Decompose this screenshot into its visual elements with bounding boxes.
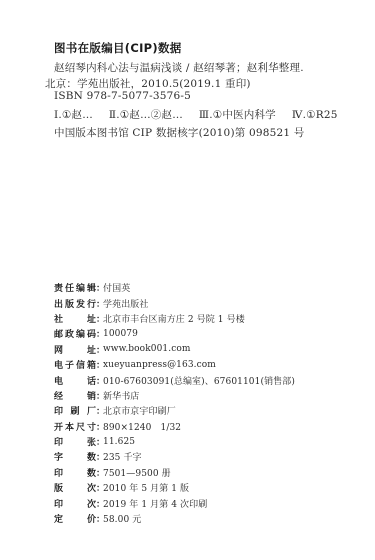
info-value: 北京市丰台区南方庄 2 号院 1 号楼 (103, 312, 245, 325)
info-value: 58.00 元 (103, 512, 141, 525)
info-row-distributor: 经销 ： 新华书店 (54, 388, 295, 403)
info-value: 235 千字 (103, 450, 142, 463)
info-row-postcode: 邮政编码 ： 100079 (54, 326, 295, 341)
info-row-phone: 电话 ： 010-67603091(总编室)、67601101(销售部) (54, 372, 295, 387)
classification-item: Ⅲ.①中医内科学 (199, 107, 276, 122)
info-row-print-run: 印数 ： 7501—9500 册 (54, 465, 295, 480)
info-row-format: 开本尺寸 ： 890×1240 1/32 (54, 419, 295, 434)
info-value: 100079 (103, 329, 138, 339)
info-value: 11.625 (103, 437, 135, 447)
info-row-address: 社址 ： 北京市丰台区南方庄 2 号院 1 号楼 (54, 311, 295, 326)
info-label: 出版发行 (54, 297, 96, 310)
info-value: 2010 年 5 月第 1 版 (103, 481, 189, 494)
publication-info: 责任编辑 ： 付国英 出版发行 ： 学苑出版社 社址 ： 北京市丰台区南方庄 2… (54, 280, 295, 526)
info-row-printing: 印次 ： 2019 年 1 月第 4 次印刷 (54, 495, 295, 510)
info-value: 7501—9500 册 (103, 466, 171, 479)
info-value: 付国英 (103, 281, 130, 294)
info-value: 学苑出版社 (103, 297, 149, 310)
info-label: 印刷厂 (54, 404, 96, 417)
copyright-page: 图书在版编目(CIP)数据 赵绍琴内科心法与温病浅谈 / 赵绍琴著；赵利华整理.… (0, 0, 375, 560)
info-value: 890×1240 1/32 (103, 420, 181, 433)
info-label: 开本尺寸 (54, 420, 96, 433)
cip-book-title-line: 赵绍琴内科心法与温病浅谈 / 赵绍琴著；赵利华整理. (54, 60, 304, 75)
cip-verification-number: 中国版本图书馆 CIP 数据核字(2010)第 098521 号 (54, 125, 305, 140)
cip-heading: 图书在版编目(CIP)数据 (54, 40, 182, 56)
info-label: 邮政编码 (54, 327, 96, 340)
info-row-price: 定价 ： 58.00 元 (54, 511, 295, 526)
info-row-email: 电子信箱 ： xueyuanpress@163.com (54, 357, 295, 372)
info-row-sheets: 印张 ： 11.625 (54, 434, 295, 449)
info-row-word-count: 字数 ： 235 千字 (54, 449, 295, 464)
info-row-publisher: 出版发行 ： 学苑出版社 (54, 295, 295, 310)
info-label: 电子信箱 (54, 358, 96, 371)
info-label: 责任编辑 (54, 281, 96, 294)
info-label: 定价 (54, 512, 96, 525)
cip-isbn: ISBN 978-7-5077-3576-5 (54, 90, 191, 102)
info-row-website: 网址 ： www.book001.com (54, 342, 295, 357)
info-label: 经销 (54, 389, 96, 402)
info-label: 电话 (54, 374, 96, 387)
info-row-printer: 印刷厂 ： 北京市京宇印刷厂 (54, 403, 295, 418)
info-value: 新华书店 (103, 389, 139, 402)
info-label: 印张 (54, 435, 96, 448)
cip-classification: Ⅰ.①赵…Ⅱ.①赵…②赵…Ⅲ.①中医内科学Ⅳ.①R25 (54, 107, 338, 122)
info-value: xueyuanpress@163.com (103, 360, 216, 370)
info-label: 网址 (54, 343, 96, 356)
info-row-editor: 责任编辑 ： 付国英 (54, 280, 295, 295)
info-value: 010-67603091(总编室)、67601101(销售部) (103, 374, 295, 387)
cip-publisher-line: 北京：学苑出版社，2010.5(2019.1 重印) (45, 76, 251, 91)
info-label: 印次 (54, 497, 96, 510)
classification-item: Ⅳ.①R25 (292, 109, 338, 121)
info-value: 2019 年 1 月第 4 次印刷 (103, 497, 207, 510)
info-label: 版次 (54, 481, 96, 494)
info-value: 北京市京宇印刷厂 (103, 404, 176, 417)
info-label: 社址 (54, 312, 96, 325)
classification-item: Ⅱ.①赵…②赵… (109, 107, 183, 122)
classification-item: Ⅰ.①赵… (54, 107, 93, 122)
info-label: 字数 (54, 450, 96, 463)
info-row-edition: 版次 ： 2010 年 5 月第 1 版 (54, 480, 295, 495)
info-label: 印数 (54, 466, 96, 479)
info-value: www.book001.com (103, 344, 191, 354)
